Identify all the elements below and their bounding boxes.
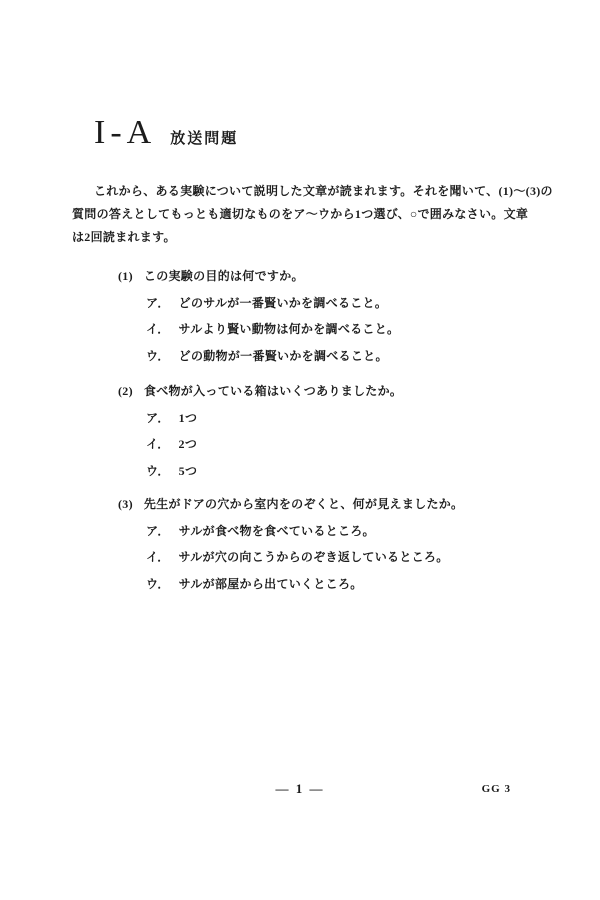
option-text: サルが食べ物を食べているところ。 [179, 524, 375, 538]
question-head: (1)この実験の目的は何ですか。 [118, 263, 399, 290]
question-3: (3)先生がドアの穴から室内をのぞくと、何が見えましたか。 ア．サルが食べ物を食… [118, 491, 463, 597]
option-row: ウ．サルが部屋から出ていくところ。 [118, 571, 463, 598]
option-row: ア．どのサルが一番賢いかを調べること。 [118, 290, 399, 317]
option-row: ア．1つ [118, 405, 402, 432]
option-label: ア． [146, 296, 170, 310]
option-label: ウ． [146, 349, 170, 363]
option-row: イ．サルより賢い動物は何かを調べること。 [118, 316, 399, 343]
option-label: ウ． [146, 464, 170, 478]
question-text: 先生がドアの穴から室内をのぞくと、何が見えましたか。 [144, 497, 463, 511]
instruction-line: は2回読まれます。 [72, 226, 518, 249]
section-header: I-A放送問題 [94, 114, 238, 152]
question-2: (2)食べ物が入っている箱はいくつありましたか。 ア．1つ イ．2つ ウ．5つ [118, 378, 402, 484]
option-label: イ． [146, 437, 170, 451]
instructions: これから、ある実験について説明した文章が読まれます。それを聞いて、(1)～(3)… [72, 180, 518, 249]
option-text: 2つ [179, 437, 198, 451]
option-text: サルが穴の向こうからのぞき返しているところ。 [179, 550, 449, 564]
question-head: (2)食べ物が入っている箱はいくつありましたか。 [118, 378, 402, 405]
option-text: 1つ [179, 411, 198, 425]
option-text: サルが部屋から出ていくところ。 [179, 577, 363, 591]
option-row: イ．サルが穴の向こうからのぞき返しているところ。 [118, 544, 463, 571]
option-row: ウ．5つ [118, 458, 402, 485]
option-label: ウ． [146, 577, 170, 591]
option-row: ア．サルが食べ物を食べているところ。 [118, 518, 463, 545]
exam-page: I-A放送問題 これから、ある実験について説明した文章が読まれます。それを聞いて… [0, 0, 600, 900]
option-text: どのサルが一番賢いかを調べること。 [179, 296, 388, 310]
option-label: ア． [146, 411, 170, 425]
instruction-line: これから、ある実験について説明した文章が読まれます。それを聞いて、(1)～(3)… [72, 180, 518, 203]
option-text: 5つ [179, 464, 198, 478]
question-number: (2) [118, 384, 133, 398]
question-text: この実験の目的は何ですか。 [144, 269, 304, 283]
option-label: イ． [146, 322, 170, 336]
option-label: ア． [146, 524, 170, 538]
doc-code: GG 3 [482, 783, 511, 795]
question-head: (3)先生がドアの穴から室内をのぞくと、何が見えましたか。 [118, 491, 463, 518]
instruction-line: 質問の答えとしてもっとも適切なものをア～ウから1つ選び、○で囲みなさい。文章 [72, 203, 518, 226]
question-text: 食べ物が入っている箱はいくつありましたか。 [144, 384, 402, 398]
section-title: 放送問題 [170, 131, 238, 147]
option-label: イ． [146, 550, 170, 564]
section-label: I-A [94, 114, 156, 151]
option-row: ウ．どの動物が一番賢いかを調べること。 [118, 343, 399, 370]
option-text: どの動物が一番賢いかを調べること。 [179, 349, 388, 363]
page-footer: — 1 — GG 3 [0, 781, 600, 801]
question-number: (3) [118, 497, 133, 511]
option-row: イ．2つ [118, 431, 402, 458]
option-text: サルより賢い動物は何かを調べること。 [179, 322, 400, 336]
question-number: (1) [118, 269, 133, 283]
question-1: (1)この実験の目的は何ですか。 ア．どのサルが一番賢いかを調べること。 イ．サ… [118, 263, 399, 369]
